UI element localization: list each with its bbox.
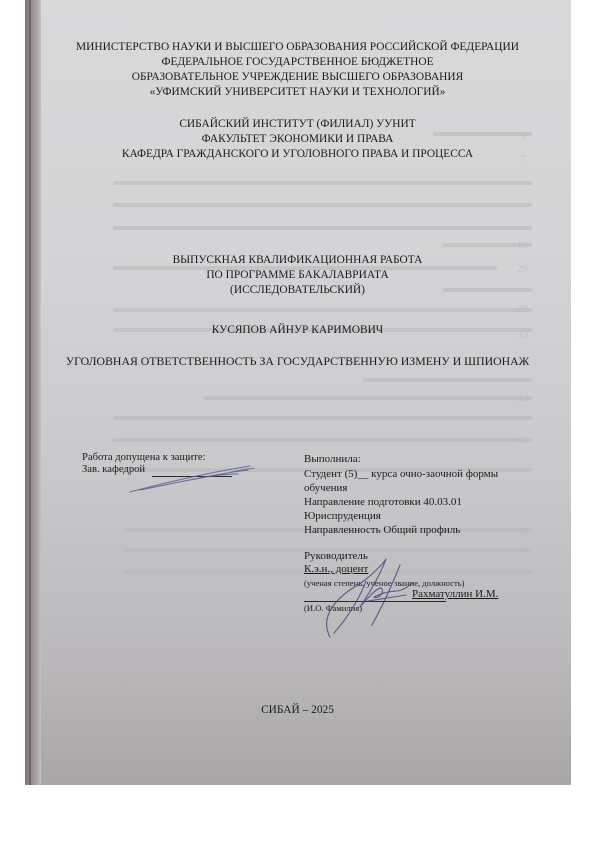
supervisor-name: Рахматуллин И.М. (412, 588, 498, 601)
institution-type-line2: ОБРАЗОВАТЕЛЬНОЕ УЧРЕЖДЕНИЕ ВЫСШЕГО ОБРАЗ… (0, 70, 595, 85)
thesis-title: УГОЛОВНАЯ ОТВЕТСТВЕННОСТЬ ЗА ГОСУДАРСТВЕ… (0, 354, 595, 369)
study-profile: Направленность Общий профиль (304, 524, 460, 538)
supervisor-name-caption: (И.О. Фамилия) (304, 602, 362, 616)
department-name: КАФЕДРА ГРАЖДАНСКОГО И УГОЛОВНОГО ПРАВА … (0, 147, 595, 162)
svg-text:46: 46 (517, 434, 529, 446)
svg-text:29: 29 (517, 303, 529, 315)
supervisor-degree: К.э.н., доцент (304, 563, 368, 577)
head-of-department-label: Зав. кафедрой (82, 464, 145, 477)
specialty: Юриспруденция (304, 510, 381, 524)
svg-text:44: 44 (517, 393, 529, 405)
svg-text:67: 67 (517, 546, 529, 558)
head-signature-line (152, 476, 232, 477)
work-type-line1: ВЫПУСКНАЯ КВАЛИФИКАЦИОННАЯ РАБОТА (0, 253, 595, 268)
student-course-line1: Студент (5)__ курса очно-заочной формы (304, 468, 498, 482)
approval-label: Работа допущена к защите: (82, 452, 206, 465)
faculty-name: ФАКУЛЬТЕТ ЭКОНОМИКИ И ПРАВА (0, 132, 595, 147)
head-of-department-text: Зав. кафедрой (82, 464, 145, 475)
institute-name: СИБАЙСКИЙ ИНСТИТУТ (ФИЛИАЛ) УУНИТ (0, 117, 595, 132)
completed-by-label: Выполнила: (304, 453, 361, 467)
svg-text:56: 56 (517, 526, 529, 538)
work-type-line2: ПО ПРОГРАММЕ БАКАЛАВРИАТА (0, 268, 595, 283)
ministry-name: МИНИСТЕРСТВО НАУКИ И ВЫСШЕГО ОБРАЗОВАНИЯ… (0, 40, 595, 55)
university-name: «УФИМСКИЙ УНИВЕРСИТЕТ НАУКИ И ТЕХНОЛОГИЙ… (0, 85, 595, 100)
city-year: СИБАЙ – 2025 (0, 703, 595, 718)
student-course-line2: обучения (304, 482, 347, 496)
supervisor-label: Руководитель (304, 550, 368, 564)
work-type-line3: (ИССЛЕДОВАТЕЛЬСКИЙ) (0, 283, 595, 298)
author-name: КУСЯПОВ АЙНУР КАРИМОВИЧ (0, 323, 595, 338)
institution-type-line1: ФЕДЕРАЛЬНОЕ ГОСУДАРСТВЕННОЕ БЮДЖЕТНОЕ (0, 55, 595, 70)
svg-text:16: 16 (517, 239, 529, 251)
study-direction: Направление подготовки 40.03.01 (304, 496, 462, 510)
